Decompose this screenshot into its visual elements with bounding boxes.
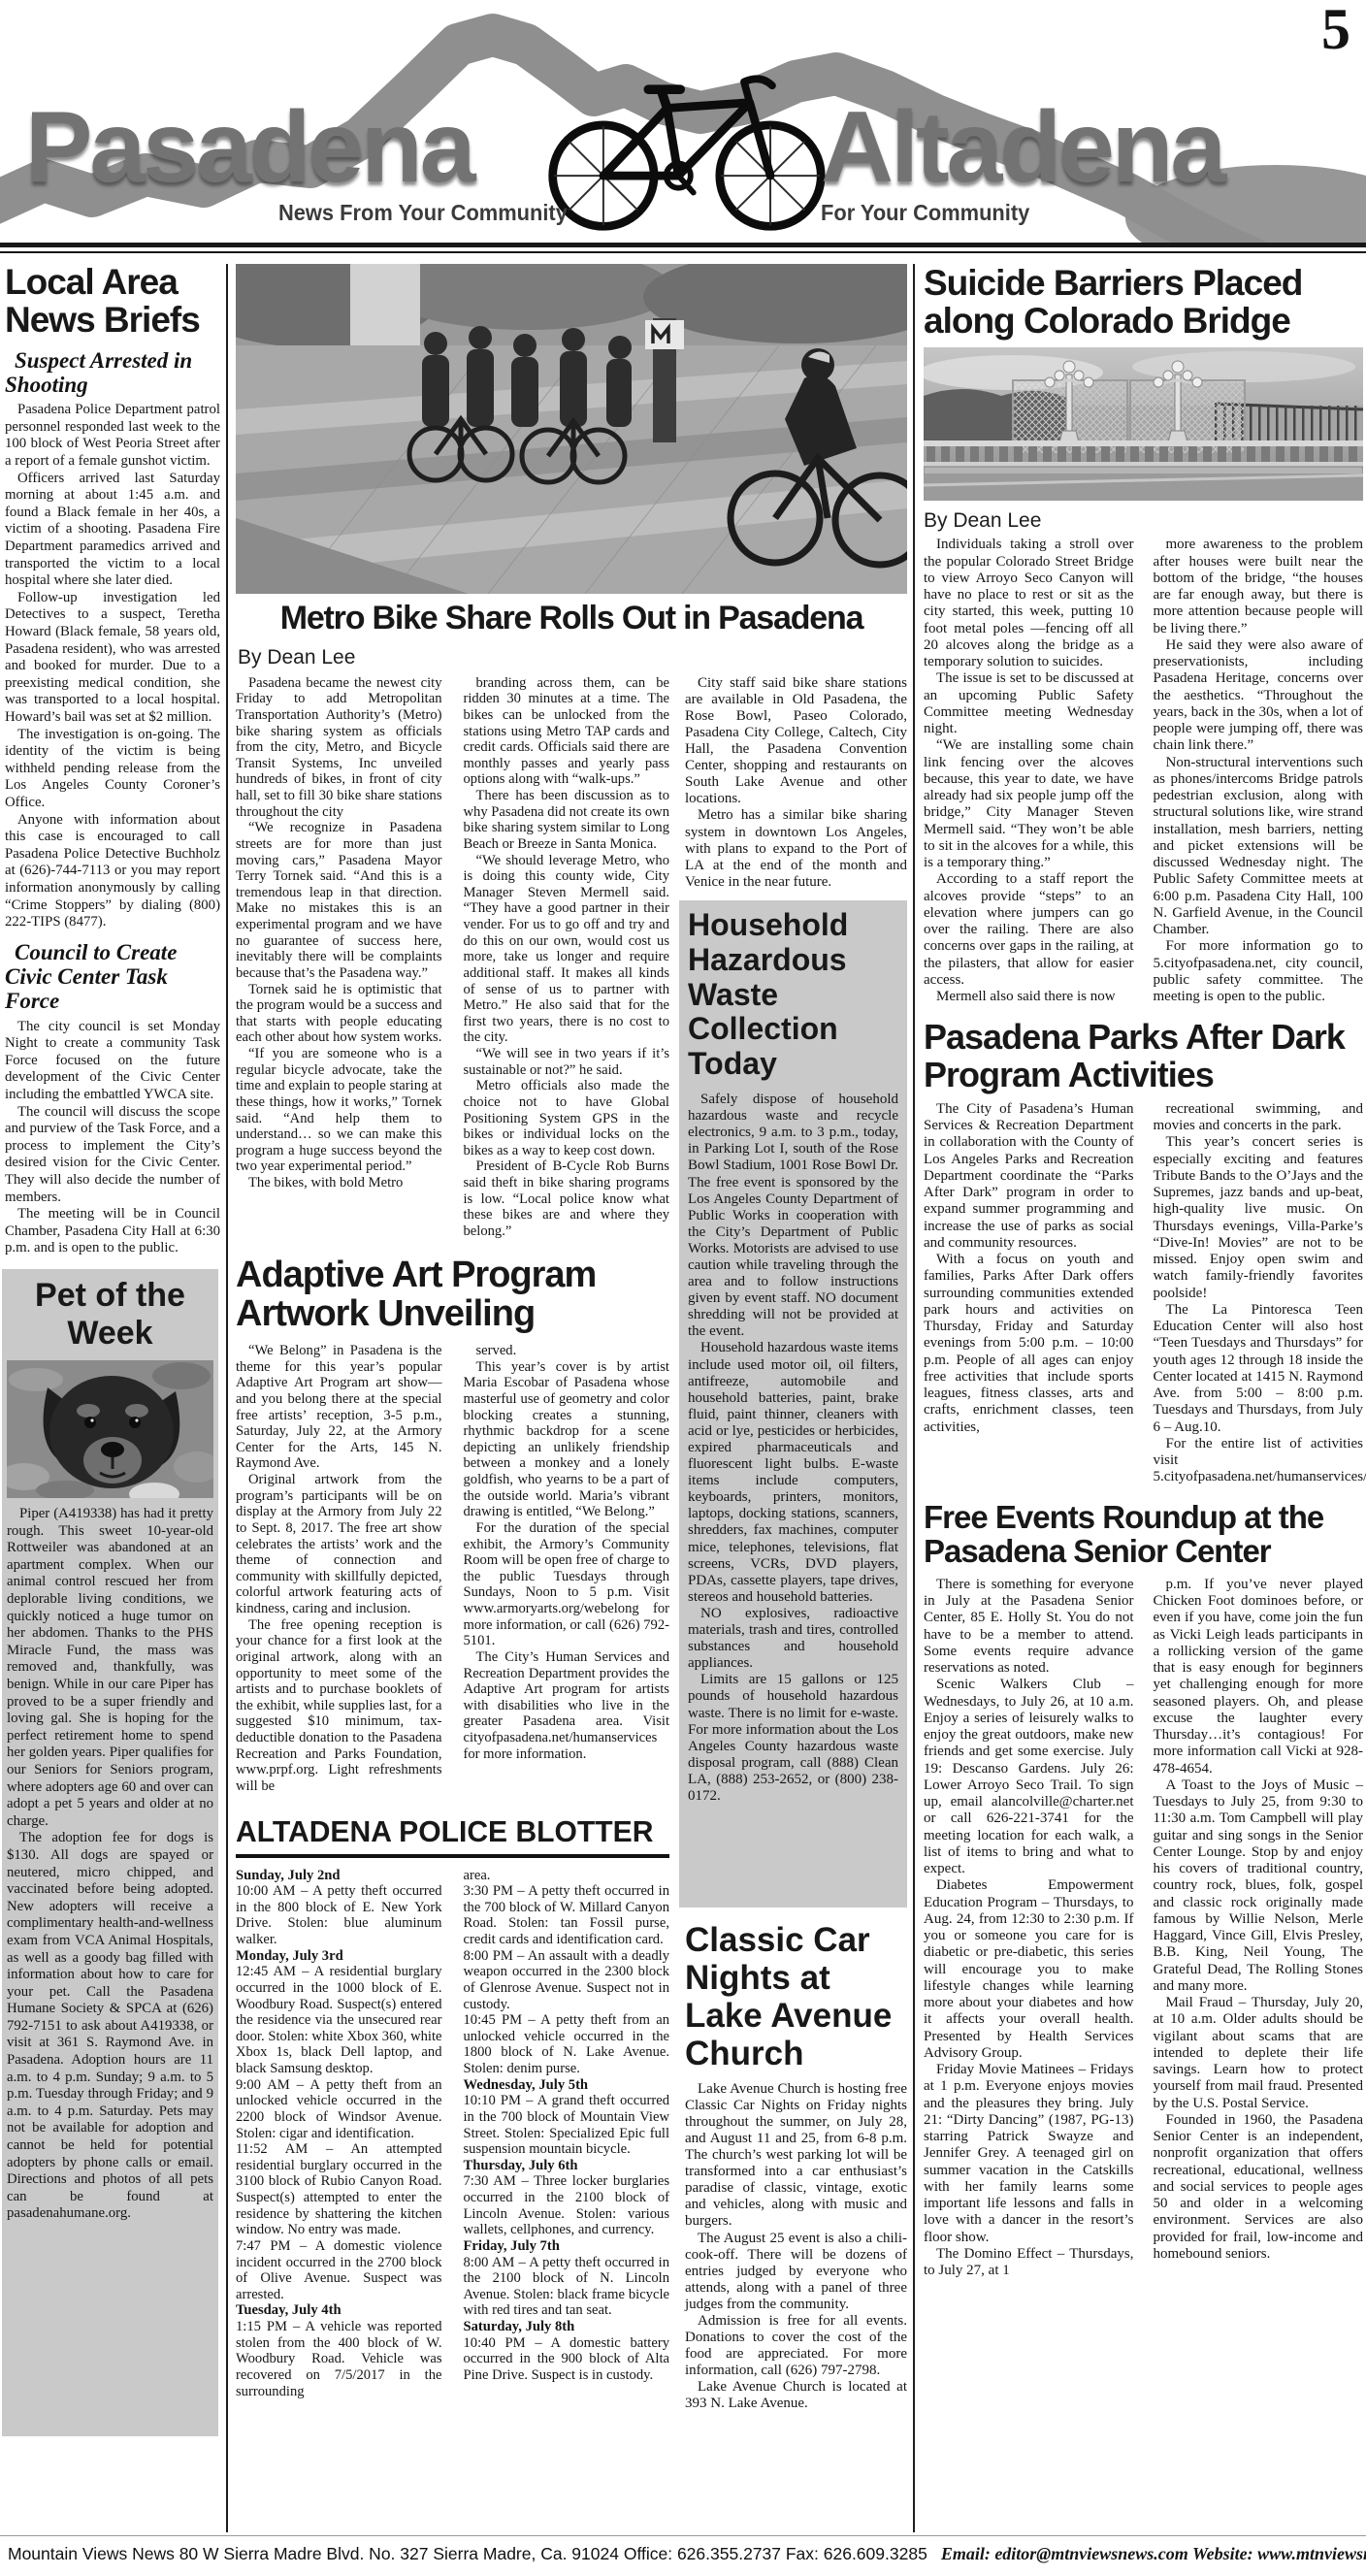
- paragraph: served.: [464, 1343, 670, 1359]
- parks-after-dark-column-2: recreational swimming, and movies and co…: [1154, 1101, 1364, 1486]
- paragraph: Admission is free for all events. Donati…: [685, 2313, 907, 2379]
- brief-subtitle-task-force: Council to Create Civic Center Task Forc…: [5, 940, 220, 1014]
- paragraph: Metro officials also made the choice not…: [464, 1078, 670, 1158]
- blotter-item: 10:40 PM – A domestic battery occurred i…: [464, 2335, 670, 2384]
- police-blotter-title: ALTADENA POLICE BLOTTER: [236, 1814, 657, 1849]
- paragraph: The adoption fee for dogs is $130. All d…: [7, 1830, 213, 2223]
- paragraph: “If you are someone who is a regular bic…: [236, 1046, 442, 1175]
- tagline-left: News From Your Community: [278, 200, 568, 226]
- household-waste-body: Safely dispose of household hazardous wa…: [688, 1092, 898, 1805]
- senior-center-column-1: There is something for everyone in July …: [924, 1577, 1134, 2280]
- middle-left-zone: Pasadena became the newest city Friday t…: [236, 675, 669, 2413]
- paragraph: NO explosives, radioactive materials, tr…: [688, 1606, 898, 1672]
- household-waste-box: Household Hazardous Waste Collection Tod…: [679, 900, 907, 1908]
- paragraph: Lake Avenue Church is hosting free Class…: [685, 2081, 907, 2231]
- paragraph: Safely dispose of household hazardous wa…: [688, 1092, 898, 1340]
- blotter-item: 11:52 AM – An attempted residential burg…: [236, 2141, 442, 2238]
- paragraph: The Domino Effect – Thursdays, to July 2…: [924, 2246, 1134, 2280]
- bike-share-byline: By Dean Lee: [238, 646, 907, 669]
- paragraph: This year’s concert series is especially…: [1154, 1134, 1364, 1302]
- household-waste-title: Household Hazardous Waste Collection Tod…: [688, 908, 898, 1082]
- paragraph: Limits are 15 gallons or 125 pounds of h…: [688, 1672, 898, 1805]
- pet-of-week-box: Pet of the Week Piper (A419: [2, 1269, 218, 2436]
- bike-share-column-1: Pasadena became the newest city Friday t…: [236, 675, 442, 1240]
- paragraph: Scenic Walkers Club – Wednesdays, to Jul…: [924, 1677, 1134, 1877]
- masthead-title-altadena: Altadena: [821, 97, 1223, 198]
- parks-after-dark-column-1: The City of Pasadena’s Human Services & …: [924, 1101, 1134, 1486]
- paragraph: Metro has a similar bike sharing system …: [685, 807, 907, 890]
- paragraph: There is something for everyone in July …: [924, 1577, 1134, 1678]
- bridge-photo: [924, 347, 1363, 501]
- paragraph: Pasadena Police Department patrol person…: [5, 402, 220, 470]
- blotter-item: Saturday, July 8th: [464, 2319, 670, 2335]
- paragraph: City staff said bike share stations are …: [685, 675, 907, 808]
- newspaper-page: 5 Pasadena Altadena News From You: [0, 0, 1366, 2576]
- pet-of-week-body: Piper (A419338) has had it pretty rough.…: [7, 1506, 213, 2223]
- footer: Mountain Views News 80 W Sierra Madre Bl…: [8, 2544, 1362, 2564]
- paragraph: Diabetes Empowerment Education Program –…: [924, 1877, 1134, 2062]
- paragraph: “We Belong” in Pasadena is the theme for…: [236, 1343, 442, 1472]
- blotter-item: 7:47 PM – A domestic violence incident o…: [236, 2238, 442, 2303]
- paragraph: The City of Pasadena’s Human Services & …: [924, 1101, 1134, 1252]
- blotter-item: 10:00 AM – A petty theft occurred in the…: [236, 1883, 442, 1948]
- police-blotter-rule: [236, 1854, 669, 1858]
- adaptive-art-title: Adaptive Art Program Artwork Unveiling: [236, 1255, 669, 1334]
- blotter-item: 10:10 PM – A grand theft occurred in the…: [464, 2093, 670, 2158]
- paragraph: The August 25 event is also a chili-cook…: [685, 2231, 907, 2313]
- blotter-item: 1:15 PM – A vehicle was reported stolen …: [236, 2319, 442, 2399]
- masthead-title-pasadena: Pasadena: [25, 97, 473, 198]
- paragraph: The investigation is on-going. The ident…: [5, 727, 220, 812]
- paragraph: Original artwork from the program’s part…: [236, 1472, 442, 1617]
- senior-center-title: Free Events Roundup at the Pasadena Seni…: [924, 1500, 1363, 1569]
- bike-share-column-2: branding across them, can be ridden 30 m…: [464, 675, 670, 1240]
- paragraph: According to a staff report the alcoves …: [924, 871, 1134, 989]
- paragraph: The City’s Human Services and Recreation…: [464, 1649, 670, 1762]
- paragraph: more awareness to the problem after hous…: [1154, 537, 1364, 637]
- paragraph: The council will discuss the scope and p…: [5, 1104, 220, 1207]
- blotter-item: 3:30 PM – A petty theft occurred in the …: [464, 1883, 670, 1948]
- adaptive-art-column-2: served.This year’s cover is by artist Ma…: [464, 1343, 670, 1795]
- right-column: Suicide Barriers Placed along Colorado B…: [924, 264, 1363, 2279]
- paragraph: Lake Avenue Church is located at 393 N. …: [685, 2379, 907, 2412]
- bike-event-photo: [236, 264, 907, 594]
- blotter-item: Sunday, July 2nd: [236, 1868, 442, 1884]
- paragraph: branding across them, can be ridden 30 m…: [464, 675, 670, 788]
- paragraph: The issue is set to be discussed at an u…: [924, 670, 1134, 737]
- blotter-item: 8:00 PM – An assault with a deadly weapo…: [464, 1948, 670, 2013]
- paragraph: “We are installing some chain link fenci…: [924, 737, 1134, 871]
- paragraph: The meeting will be in Council Chamber, …: [5, 1206, 220, 1257]
- paragraph: Anyone with information about this case …: [5, 812, 220, 931]
- blotter-item: Monday, July 3rd: [236, 1948, 442, 1965]
- brief-body-shooting: Pasadena Police Department patrol person…: [5, 402, 220, 930]
- suicide-barriers-column-2: more awareness to the problem after hous…: [1154, 537, 1364, 1005]
- brief-subtitle-shooting: Suspect Arrested in Shooting: [5, 348, 220, 398]
- paragraph: Household hazardous waste items include …: [688, 1340, 898, 1606]
- footer-contact: Email: editor@mtnviewsnews.com Website: …: [941, 2544, 1366, 2563]
- paragraph: For the duration of the special exhibit,…: [464, 1520, 670, 1649]
- paragraph: This year’s cover is by artist Maria Esc…: [464, 1359, 670, 1520]
- paragraph: For the entire list of activities visit …: [1154, 1436, 1364, 1486]
- adaptive-art-column-1: “We Belong” in Pasadena is the theme for…: [236, 1343, 442, 1795]
- paragraph: Founded in 1960, the Pasadena Senior Cen…: [1154, 2112, 1364, 2263]
- column-divider-right: [913, 264, 915, 2532]
- paragraph: “We recognize in Pasadena streets are fo…: [236, 820, 442, 981]
- footer-rule: [0, 2535, 1366, 2536]
- classic-car-body: Lake Avenue Church is hosting free Class…: [685, 2081, 907, 2413]
- paragraph: recreational swimming, and movies and co…: [1154, 1101, 1364, 1135]
- paragraph: The city council is set Monday Night to …: [5, 1019, 220, 1104]
- bike-share-column-3: City staff said bike share stations are …: [685, 675, 907, 891]
- blotter-item: 7:30 AM – Three locker burglaries occurr…: [464, 2173, 670, 2238]
- blotter-item: Wednesday, July 5th: [464, 2077, 670, 2094]
- blotter-item: 12:45 AM – A residential burglary occurr…: [236, 1964, 442, 2076]
- paragraph: Individuals taking a stroll over the pop…: [924, 537, 1134, 670]
- paragraph: For more information go to 5.cityofpasad…: [1154, 938, 1364, 1005]
- paragraph: Piper (A419338) has had it pretty rough.…: [7, 1506, 213, 1830]
- blotter-item: Friday, July 7th: [464, 2238, 670, 2255]
- paragraph: A Toast to the Joys of Music – Tuesdays …: [1154, 1777, 1364, 1995]
- masthead: Pasadena Altadena News From Your Communi…: [0, 0, 1366, 243]
- suicide-barriers-byline: By Dean Lee: [924, 509, 1363, 533]
- footer-info: Mountain Views News 80 W Sierra Madre Bl…: [8, 2544, 927, 2563]
- paragraph: Non-structural interventions such as pho…: [1154, 755, 1364, 939]
- pet-of-week-title: Pet of the Week: [7, 1277, 213, 1353]
- paragraph: Tornek said he is optimistic that the pr…: [236, 982, 442, 1047]
- column-divider-left: [226, 264, 228, 2532]
- paragraph: Mermell also said there is now: [924, 989, 1134, 1005]
- blotter-item: Tuesday, July 4th: [236, 2302, 442, 2319]
- dog-photo: [7, 1360, 213, 1498]
- blotter-item: area.: [464, 1868, 670, 1884]
- paragraph: Friday Movie Matinees – Fridays at 1 p.m…: [924, 2062, 1134, 2246]
- paragraph: “We should leverage Metro, who is doing …: [464, 853, 670, 1047]
- left-column: Local Area News Briefs Suspect Arrested …: [5, 264, 220, 2436]
- middle-right-zone: City staff said bike share stations are …: [685, 675, 907, 2413]
- paragraph: The La Pintoresca Teen Education Center …: [1154, 1302, 1364, 1436]
- tagline-right: For Your Community: [821, 200, 1029, 226]
- suicide-barriers-column-1: Individuals taking a stroll over the pop…: [924, 537, 1134, 1005]
- bike-share-title: Metro Bike Share Rolls Out in Pasadena: [236, 602, 907, 636]
- paragraph: Follow-up investigation led Detectives t…: [5, 590, 220, 727]
- blotter-item: 10:45 PM – A petty theft from an unlocke…: [464, 2012, 670, 2077]
- paragraph: “We will see in two years if it’s sustai…: [464, 1046, 670, 1078]
- blotter-item: 9:00 AM – A petty theft from an unlocked…: [236, 2077, 442, 2142]
- bicycle-icon: [532, 37, 840, 236]
- paragraph: He said they were also aware of preserva…: [1154, 637, 1364, 755]
- paragraph: With a focus on youth and families, Park…: [924, 1252, 1134, 1436]
- police-blotter-column-2: area.3:30 PM – A petty theft occurred in…: [464, 1868, 670, 2400]
- paragraph: President of B-Cycle Rob Burns said thef…: [464, 1158, 670, 1239]
- paragraph: Officers arrived last Saturday morning a…: [5, 471, 220, 590]
- middle-section: Metro Bike Share Rolls Out in Pasadena B…: [236, 264, 907, 2413]
- blotter-item: 8:00 AM – A petty theft occurred in the …: [464, 2255, 670, 2320]
- parks-after-dark-title: Pasad­ena Parks After Dark Program Activ…: [924, 1019, 1363, 1092]
- brief-body-task-force: The city council is set Monday Night to …: [5, 1019, 220, 1257]
- masthead-rule: [0, 243, 1366, 253]
- paragraph: The free opening reception is your chanc…: [236, 1617, 442, 1795]
- paragraph: Pasadena became the newest city Friday t…: [236, 675, 442, 821]
- paragraph: There has been discussion as to why Pasa…: [464, 788, 670, 853]
- senior-center-column-2: p.m. If you’ve never played Chicken Foot…: [1154, 1577, 1364, 2280]
- blotter-item: Thursday, July 6th: [464, 2158, 670, 2174]
- suicide-barriers-title: Suicide Barriers Placed along Colorado B…: [924, 264, 1363, 340]
- classic-car-title: Classic Car Nights at Lake Avenue Church: [685, 1921, 907, 2073]
- paragraph: Mail Fraud – Thursday, July 20, at 10 a.…: [1154, 1995, 1364, 2112]
- local-briefs-title: Local Area News Briefs: [5, 264, 220, 340]
- paragraph: The bikes, with bold Metro: [236, 1175, 442, 1191]
- police-blotter-column-1: Sunday, July 2nd10:00 AM – A petty theft…: [236, 1868, 442, 2400]
- paragraph: p.m. If you’ve never played Chicken Foot…: [1154, 1577, 1364, 1777]
